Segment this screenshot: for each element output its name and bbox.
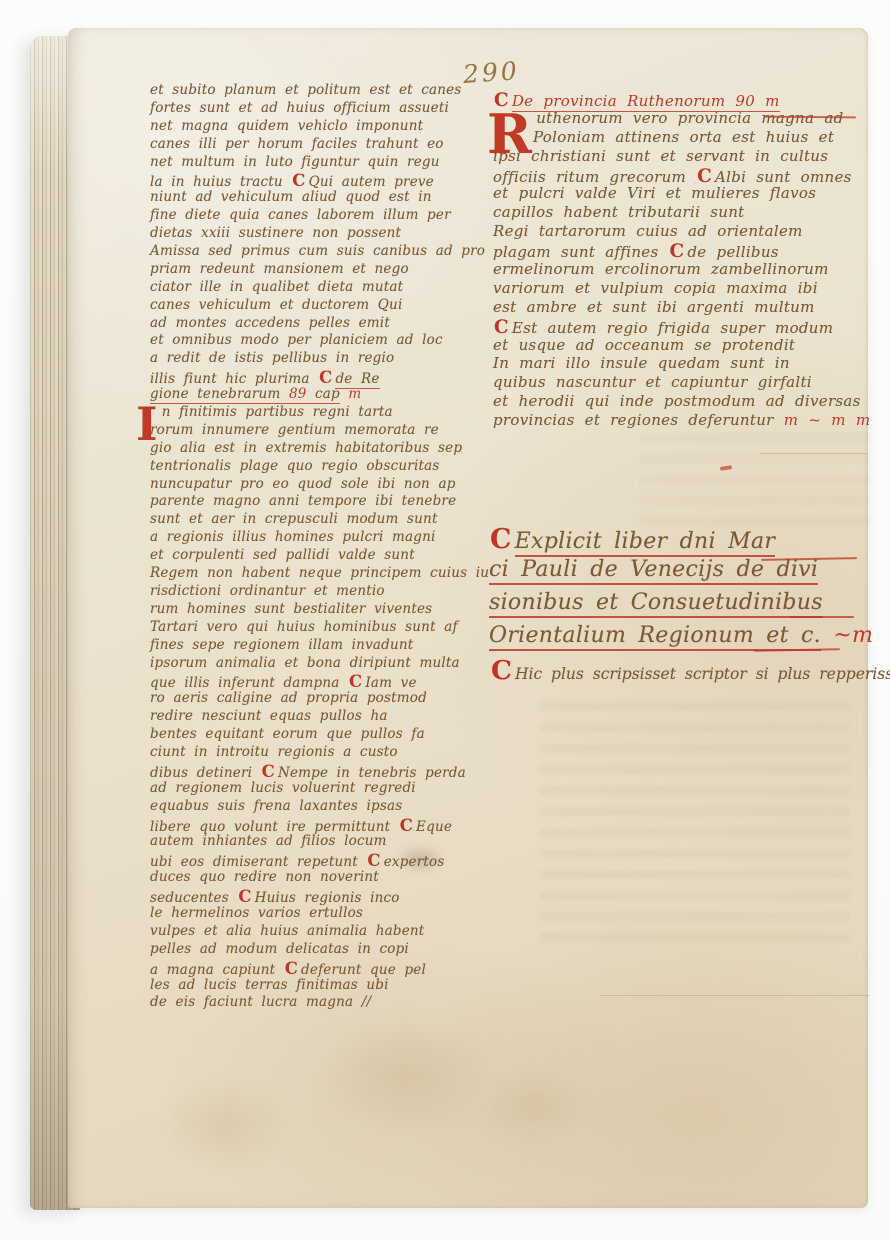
manuscript-line: Ruthenorum vero provincia magna ad <box>493 109 845 128</box>
capitulum-mark: C <box>349 672 362 691</box>
text-segment: Regem non habent neque principem cuius i… <box>150 565 489 581</box>
manuscript-line: CDe provincia Ruthenorum 90 m <box>493 90 845 109</box>
manuscript-line: fine diete quia canes laborem illum per <box>150 207 480 225</box>
text-segment: Explicit liber dni Mar <box>515 529 776 557</box>
text-segment: tentrionalis plage quo regio obscuritas <box>150 458 439 474</box>
manuscript-line: net multum in luto figuntur quin regu <box>150 154 480 172</box>
manuscript-line: officiis ritum grecorum CAlbi sunt omnes <box>493 166 845 185</box>
manuscript-line: et subito planum et politum est et canes <box>150 82 480 100</box>
text-segment: pelles ad modum delicatas in copi <box>150 941 409 957</box>
text-segment: nuncupatur pro eo quod sole ibi non ap <box>150 476 456 492</box>
text-segment: capillos habent tributarii sunt <box>493 203 744 221</box>
text-segment: Huius regionis inco <box>255 890 400 906</box>
text-column-left: et subito planum et politum est et canes… <box>150 82 480 1012</box>
manuscript-line: ciator ille in qualibet dieta mutat <box>150 279 480 297</box>
text-segment: libere quo volunt ire permittunt <box>150 819 399 835</box>
text-segment: et corpulenti sed pallidi valde sunt <box>150 547 415 563</box>
manuscript-line: le hermelinos varios ertullos <box>150 905 480 923</box>
text-segment: cap <box>307 386 340 404</box>
text-segment: et usque ad occeanum se protendit <box>493 336 795 354</box>
manuscript-line: bentes equitant eorum que pullos fa <box>150 726 480 744</box>
text-segment: vulpes et alia huius animalia habent <box>150 923 424 939</box>
manuscript-line: Poloniam attinens orta est huius et <box>493 128 845 147</box>
text-segment: ipsi christiani sunt et servant in cultu… <box>493 147 828 165</box>
text-segment: fines sepe regionem illam invadunt <box>150 637 413 653</box>
ink-show-through <box>640 430 870 526</box>
text-segment: de pellibus <box>687 243 778 261</box>
manuscript-line: redire nesciunt equas pullos ha <box>150 708 480 726</box>
text-segment: 89 <box>289 386 307 404</box>
text-segment: a regionis illius homines pulcri magni <box>150 529 436 545</box>
capitulum-mark: C <box>494 317 509 338</box>
manuscript-line: a regionis illius homines pulcri magni <box>150 529 480 547</box>
text-segment: Qui autem preve <box>309 174 434 190</box>
text-column-right: CDe provincia Ruthenorum 90 mRuthenorum … <box>493 90 845 430</box>
text-segment: illis fiunt hic plurima <box>150 371 318 387</box>
text-segment: niunt ad vehiculum aliud quod est in <box>150 189 432 205</box>
manuscript-line: et herodii qui inde postmodum ad diversa… <box>493 392 845 411</box>
text-segment: quibus nascuntur et capiuntur girfalti <box>493 373 812 391</box>
ink-show-through <box>540 690 850 942</box>
text-segment: parente magno anni tempore ibi tenebre <box>150 493 456 509</box>
text-segment: variorum et vulpium copia maxima ibi <box>493 279 818 297</box>
manuscript-line: CHic plus scripsisset scriptor si plus r… <box>490 655 870 681</box>
capitulum-mark: C <box>491 655 512 686</box>
manuscript-line: plagam sunt affines Cde pellibus <box>493 241 845 260</box>
manuscript-line: In finitimis partibus regni tarta <box>150 404 480 422</box>
red-ink-speck <box>720 465 732 471</box>
manuscript-line: ipsi christiani sunt et servant in cultu… <box>493 147 845 166</box>
text-segment: gione tenebrarum <box>150 386 289 404</box>
manuscript-line: risdictioni ordinantur et mentio <box>150 583 480 601</box>
text-segment: fortes sunt et ad huius officium assueti <box>150 100 449 116</box>
text-segment: et omnibus modo per planiciem ad loc <box>150 332 443 348</box>
capitulum-mark: C <box>238 887 251 906</box>
manuscript-line: Regi tartarorum cuius ad orientalem <box>493 222 845 241</box>
text-segment: dietas xxiii sustinere non possent <box>150 225 401 241</box>
manuscript-line: nuncupatur pro eo quod sole ibi non ap <box>150 476 480 494</box>
manuscript-line: a redit de istis pellibus in regio <box>150 350 480 368</box>
manuscript-line: libere quo volunt ire permittunt CEque <box>150 816 480 834</box>
manuscript-line: Orientalium Regionum et c. ~m <box>489 623 859 656</box>
manuscript-line: illis fiunt hic plurima Cde Re <box>150 368 480 386</box>
text-segment: dibus detineri <box>150 765 261 781</box>
crease-line <box>760 453 868 454</box>
text-segment: expertos <box>384 854 445 870</box>
text-segment: autem inhiantes ad filios locum <box>150 833 387 849</box>
text-segment: rum homines sunt bestialiter viventes <box>150 601 432 617</box>
capitulum-mark: C <box>400 816 413 835</box>
manuscript-line: rorum innumere gentium memorata re <box>150 422 480 440</box>
explicit-block: CExplicit liber dni Marci Pauli de Venec… <box>489 524 859 656</box>
text-segment: net multum in luto figuntur quin regu <box>150 154 440 170</box>
manuscript-line: pelles ad modum delicatas in copi <box>150 941 480 959</box>
manuscript-line: canes vehiculum et ductorem Qui <box>150 297 480 315</box>
text-segment: de eis faciunt lucra magna // <box>150 994 371 1010</box>
text-segment: ~m <box>821 623 873 648</box>
parchment-stain <box>160 1080 290 1170</box>
manuscript-line: net magna quidem vehiclo imponunt <box>150 118 480 136</box>
manuscript-line: variorum et vulpium copia maxima ibi <box>493 279 845 298</box>
manuscript-line: ad regionem lucis voluerint regredi <box>150 780 480 798</box>
text-segment: ermelinorum ercolinorum zambellinorum <box>493 260 829 278</box>
text-segment: Amissa sed primus cum suis canibus ad pr… <box>150 243 485 259</box>
text-segment: net magna quidem vehiclo imponunt <box>150 118 423 134</box>
text-segment: ubi eos dimiserant repetunt <box>150 854 366 870</box>
text-segment: officiis ritum grecorum <box>493 168 696 186</box>
text-segment: sunt et aer in crepusculi modum sunt <box>150 511 438 527</box>
parchment-stain <box>320 1020 490 1130</box>
text-segment: canes illi per horum faciles trahunt eo <box>150 136 444 152</box>
capitulum-mark: C <box>262 762 275 781</box>
manuscript-line: a magna capiunt Cdeferunt que pel <box>150 959 480 977</box>
text-segment: ro aeris caligine ad propria postmod <box>150 690 427 706</box>
manuscript-line: seducentes CHuius regionis inco <box>150 887 480 905</box>
text-segment: Hic plus scripsisset scriptor si plus re… <box>515 665 890 683</box>
manuscript-line: la in huius tractu CQui autem preve <box>150 171 480 189</box>
text-segment: plagam sunt affines <box>493 243 669 261</box>
capitulum-mark: C <box>490 524 512 555</box>
text-segment: redire nesciunt equas pullos ha <box>150 708 388 724</box>
crease-line <box>600 995 870 996</box>
text-segment: Eque <box>416 819 452 835</box>
text-segment: seducentes <box>150 890 237 906</box>
manuscript-line: et usque ad occeanum se protendit <box>493 336 845 355</box>
manuscript-line: ubi eos dimiserant repetunt Cexpertos <box>150 851 480 869</box>
text-segment: ipsorum animalia et bona diripiunt multa <box>150 655 460 671</box>
text-segment: canes vehiculum et ductorem Qui <box>150 297 402 313</box>
capitulum-mark: C <box>367 851 380 870</box>
capitulum-mark: C <box>285 959 298 978</box>
text-segment: la in huius tractu <box>150 174 291 190</box>
manuscript-line: Regem non habent neque principem cuius i… <box>150 565 480 583</box>
manuscript-line: CEst autem regio frigida super modum <box>493 317 845 336</box>
manuscript-line: provincias et regiones deferuntur m ~ m … <box>493 411 845 430</box>
manuscript-line: In mari illo insule quedam sunt in <box>493 354 845 373</box>
manuscript-line: de eis faciunt lucra magna // <box>150 994 480 1012</box>
manuscript-line: ro aeris caligine ad propria postmod <box>150 690 480 708</box>
text-segment: Est autem regio frigida super modum <box>512 319 833 337</box>
manuscript-line: Tartari vero qui huius hominibus sunt af <box>150 619 480 637</box>
manuscript-line: rum homines sunt bestialiter viventes <box>150 601 480 619</box>
manuscript-line: autem inhiantes ad filios locum <box>150 833 480 851</box>
manuscript-line: gione tenebrarum 89 cap m <box>150 386 480 404</box>
manuscript-photo: 290 et subito planum et politum est et c… <box>0 0 890 1240</box>
manuscript-line: priam redeunt mansionem et nego <box>150 261 480 279</box>
text-segment: fine diete quia canes laborem illum per <box>150 207 451 223</box>
capitulum-mark: C <box>670 241 685 262</box>
text-segment: priam redeunt mansionem et nego <box>150 261 409 277</box>
manuscript-line: tentrionalis plage quo regio obscuritas <box>150 458 480 476</box>
text-segment: deferunt que pel <box>301 962 426 978</box>
text-segment: ciator ille in qualibet dieta mutat <box>150 279 403 295</box>
manuscript-line: dietas xxiii sustinere non possent <box>150 225 480 243</box>
text-segment: ad regionem lucis voluerint regredi <box>150 780 416 796</box>
text-segment: m ~ m m <box>774 411 871 429</box>
text-segment: risdictioni ordinantur et mentio <box>150 583 385 599</box>
text-segment: provincias et regiones deferuntur <box>493 411 774 429</box>
text-segment: et pulcri valde Viri et mulieres flavos <box>493 184 816 202</box>
text-segment: est ambre et sunt ibi argenti multum <box>493 298 815 316</box>
manuscript-line: Amissa sed primus cum suis canibus ad pr… <box>150 243 480 261</box>
text-segment: n finitimis partibus regni tarta <box>162 404 393 420</box>
text-segment: rorum innumere gentium memorata re <box>150 422 439 438</box>
manuscript-line: sionibus et Consuetudinibus <box>489 590 859 623</box>
capitulum-mark: C <box>697 166 712 187</box>
manuscript-line: fortes sunt et ad huius officium assueti <box>150 100 480 118</box>
capitulum-mark: C <box>319 368 332 387</box>
manuscript-line: sunt et aer in crepusculi modum sunt <box>150 511 480 529</box>
manuscript-line: CExplicit liber dni Mar <box>489 524 859 557</box>
text-segment: le hermelinos varios ertullos <box>150 905 363 921</box>
text-segment: que illis inferunt dampna <box>150 675 348 691</box>
parchment-stain <box>484 1076 584 1138</box>
manuscript-line: equabus suis frena laxantes ipsas <box>150 798 480 816</box>
manuscript-line: et omnibus modo per planiciem ad loc <box>150 332 480 350</box>
text-segment: m <box>340 386 362 402</box>
parchment-page: 290 et subito planum et politum est et c… <box>68 28 868 1208</box>
manuscript-line: canes illi per horum faciles trahunt eo <box>150 136 480 154</box>
text-segment: In mari illo insule quedam sunt in <box>493 354 790 372</box>
text-segment: equabus suis frena laxantes ipsas <box>150 798 402 814</box>
manuscript-line: ermelinorum ercolinorum zambellinorum <box>493 260 845 279</box>
manuscript-line: que illis inferunt dampna CIam ve <box>150 672 480 690</box>
text-segment: sionibus et Consuetudinibus <box>489 590 823 618</box>
text-segment: a redit de istis pellibus in regio <box>150 350 394 366</box>
text-segment: gio alia est in extremis habitatoribus s… <box>150 440 462 456</box>
text-segment: Nempe in tenebris perda <box>278 765 466 781</box>
manuscript-line: les ad lucis terras finitimas ubi <box>150 977 480 995</box>
text-segment: ad montes accedens pelles emit <box>150 315 390 331</box>
text-segment: bentes equitant eorum que pullos fa <box>150 726 425 742</box>
manuscript-line: ipsorum animalia et bona diripiunt multa <box>150 655 480 673</box>
text-segment: uthenorum vero provincia magna ad <box>536 109 843 127</box>
manuscript-line: ci Pauli de Venecijs de divi <box>489 557 859 590</box>
manuscript-line: dibus detineri CNempe in tenebris perda <box>150 762 480 780</box>
text-segment: duces quo redire non noverint <box>150 869 379 885</box>
manuscript-line: gio alia est in extremis habitatoribus s… <box>150 440 480 458</box>
text-segment: Tartari vero qui huius hominibus sunt af <box>150 619 458 635</box>
manuscript-line: fines sepe regionem illam invadunt <box>150 637 480 655</box>
text-segment: et herodii qui inde postmodum ad diversa… <box>493 392 861 410</box>
manuscript-line: et corpulenti sed pallidi valde sunt <box>150 547 480 565</box>
text-segment: Albi sunt omnes <box>715 168 852 186</box>
manuscript-line: est ambre et sunt ibi argenti multum <box>493 298 845 317</box>
text-segment: Regi tartarorum cuius ad orientalem <box>493 222 803 240</box>
text-segment: Iam ve <box>365 675 416 691</box>
manuscript-line: niunt ad vehiculum aliud quod est in <box>150 189 480 207</box>
manuscript-line: et pulcri valde Viri et mulieres flavos <box>493 184 845 203</box>
manuscript-line: quibus nascuntur et capiuntur girfalti <box>493 373 845 392</box>
text-segment: et subito planum et politum est et canes <box>150 82 462 98</box>
scribe-colophon: CHic plus scripsisset scriptor si plus r… <box>490 655 870 681</box>
manuscript-line: ad montes accedens pelles emit <box>150 315 480 333</box>
text-segment: Poloniam attinens orta est huius et <box>533 128 834 146</box>
manuscript-line: duces quo redire non noverint <box>150 869 480 887</box>
text-segment: Orientalium Regionum et c. <box>489 623 821 651</box>
manuscript-line: ciunt in introitu regionis a custo <box>150 744 480 762</box>
text-segment: les ad lucis terras finitimas ubi <box>150 977 389 993</box>
text-segment: a magna capiunt <box>150 962 284 978</box>
manuscript-line: capillos habent tributarii sunt <box>493 203 845 222</box>
text-segment: ciunt in introitu regionis a custo <box>150 744 398 760</box>
manuscript-line: parente magno anni tempore ibi tenebre <box>150 493 480 511</box>
capitulum-mark: C <box>292 171 305 190</box>
manuscript-line: vulpes et alia huius animalia habent <box>150 923 480 941</box>
text-segment: ci Pauli de Venecijs de divi <box>489 557 818 585</box>
